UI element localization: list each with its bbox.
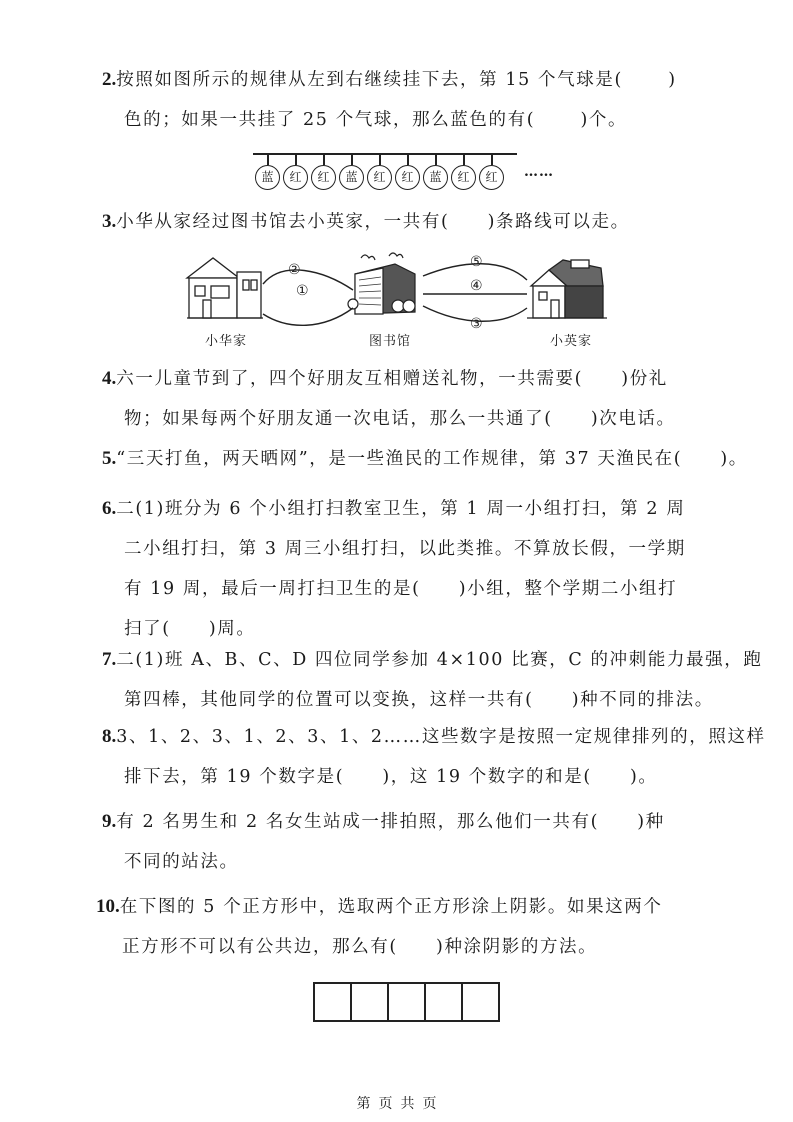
svg-text:②: ② xyxy=(288,262,301,278)
place-label-xiaohua-home: 小华家 xyxy=(205,330,247,349)
question-text: 在下图的 5 个正方形中，选取两个正方形涂上阴影。如果这两个 xyxy=(120,897,663,917)
house-icon xyxy=(527,260,607,318)
question-text: 3、1、2、3、1、2、3、1、2……这些数字是按照一定规律排列的，照这样 xyxy=(116,727,765,747)
library-icon xyxy=(348,253,415,314)
square-cell xyxy=(315,984,352,1020)
square-cell xyxy=(352,984,389,1020)
question-text: 有 19 周，最后一周打扫卫生的是( )小组，整个学期二小组打 xyxy=(102,569,702,609)
question-number: 4. xyxy=(102,368,116,389)
square-cell xyxy=(463,984,498,1020)
question-9: 9.有 2 名男生和 2 名女生站成一排拍照，那么他们一共有( )种 不同的站法… xyxy=(102,802,702,882)
question-text: 第四棒，其他同学的位置可以变换，这样一共有( )种不同的排法。 xyxy=(102,680,702,720)
question-text: 正方形不可以有公共边，那么有( )种涂阴影的方法。 xyxy=(96,927,696,967)
question-number: 8. xyxy=(102,726,116,747)
question-2: 2.按照如图所示的规律从左到右继续挂下去，第 15 个气球是( ) 色的；如果一… xyxy=(102,60,702,140)
footer-text: 页 xyxy=(379,1096,393,1112)
svg-text:④: ④ xyxy=(470,278,483,294)
svg-text:①: ① xyxy=(296,283,309,299)
route-map-figure: ① ② ③ ④ ⑤ 小华家 图书馆 小英家 xyxy=(183,250,613,360)
question-text: 有 2 名男生和 2 名女生站成一排拍照，那么他们一共有( )种 xyxy=(116,812,664,832)
route-diagram: ① ② ③ ④ ⑤ xyxy=(183,250,613,330)
question-7: 7.二(1)班 A、B、C、D 四位同学参加 4×100 比赛，C 的冲刺能力最… xyxy=(102,640,702,720)
footer-text: 页 xyxy=(423,1096,437,1112)
question-text: 小华从家经过图书馆去小英家，一共有( )条路线可以走。 xyxy=(116,212,629,232)
question-text: 二(1)班分为 6 个小组打扫教室卫生，第 1 周一小组打扫，第 2 周 xyxy=(116,499,685,519)
question-number: 10. xyxy=(96,896,120,917)
question-text: 排下去，第 19 个数字是( )，这 19 个数字的和是( )。 xyxy=(102,757,702,797)
question-number: 5. xyxy=(102,448,116,469)
question-number: 7. xyxy=(102,649,116,670)
page-footer: 第页共页 xyxy=(0,1093,793,1113)
question-text: 不同的站法。 xyxy=(102,842,702,882)
footer-text: 第 xyxy=(357,1096,371,1112)
question-3: 3.小华从家经过图书馆去小英家，一共有( )条路线可以走。 xyxy=(102,202,702,242)
question-10: 10.在下图的 5 个正方形中，选取两个正方形涂上阴影。如果这两个 正方形不可以… xyxy=(96,887,696,967)
question-4: 4.六一儿童节到了，四个好朋友互相赠送礼物，一共需要( )份礼 物；如果每两个好… xyxy=(102,359,702,439)
question-number: 6. xyxy=(102,498,116,519)
place-label-xiaoying-home: 小英家 xyxy=(550,330,592,349)
square-cell xyxy=(426,984,463,1020)
question-text: 二小组打扫，第 3 周三小组打扫，以此类推。不算放长假，一学期 xyxy=(102,529,702,569)
svg-text:③: ③ xyxy=(470,316,483,330)
question-text: 色的；如果一共挂了 25 个气球，那么蓝色的有( )个。 xyxy=(102,100,702,140)
square-cell xyxy=(389,984,426,1020)
question-text: 二(1)班 A、B、C、D 四位同学参加 4×100 比赛，C 的冲刺能力最强，… xyxy=(116,650,762,670)
question-8: 8.3、1、2、3、1、2、3、1、2……这些数字是按照一定规律排列的，照这样 … xyxy=(102,717,702,797)
ellipsis: …… xyxy=(524,164,554,180)
place-label-library: 图书馆 xyxy=(369,330,411,349)
question-5: 5.“三天打鱼，两天晒网”，是一些渔民的工作规律，第 37 天渔民在( )。 xyxy=(102,439,702,479)
question-text: 按照如图所示的规律从左到右继续挂下去，第 15 个气球是( ) xyxy=(116,70,676,90)
question-number: 2. xyxy=(102,69,116,90)
hanging-rod xyxy=(253,153,517,155)
question-6: 6.二(1)班分为 6 个小组打扫教室卫生，第 1 周一小组打扫，第 2 周 二… xyxy=(102,489,702,649)
five-squares-figure xyxy=(313,982,500,1022)
question-number: 3. xyxy=(102,211,116,232)
question-text: 六一儿童节到了，四个好朋友互相赠送礼物，一共需要( )份礼 xyxy=(116,369,668,389)
question-text: “三天打鱼，两天晒网”，是一些渔民的工作规律，第 37 天渔民在( )。 xyxy=(116,449,748,469)
svg-text:⑤: ⑤ xyxy=(470,254,483,270)
question-text: 物；如果每两个好朋友通一次电话，那么一共通了( )次电话。 xyxy=(102,399,702,439)
house-icon xyxy=(187,258,263,318)
question-number: 9. xyxy=(102,811,116,832)
footer-text: 共 xyxy=(401,1096,415,1112)
balloon-pattern-figure: 蓝 红 红 蓝 红 红 蓝 红 红 …… xyxy=(250,150,550,195)
